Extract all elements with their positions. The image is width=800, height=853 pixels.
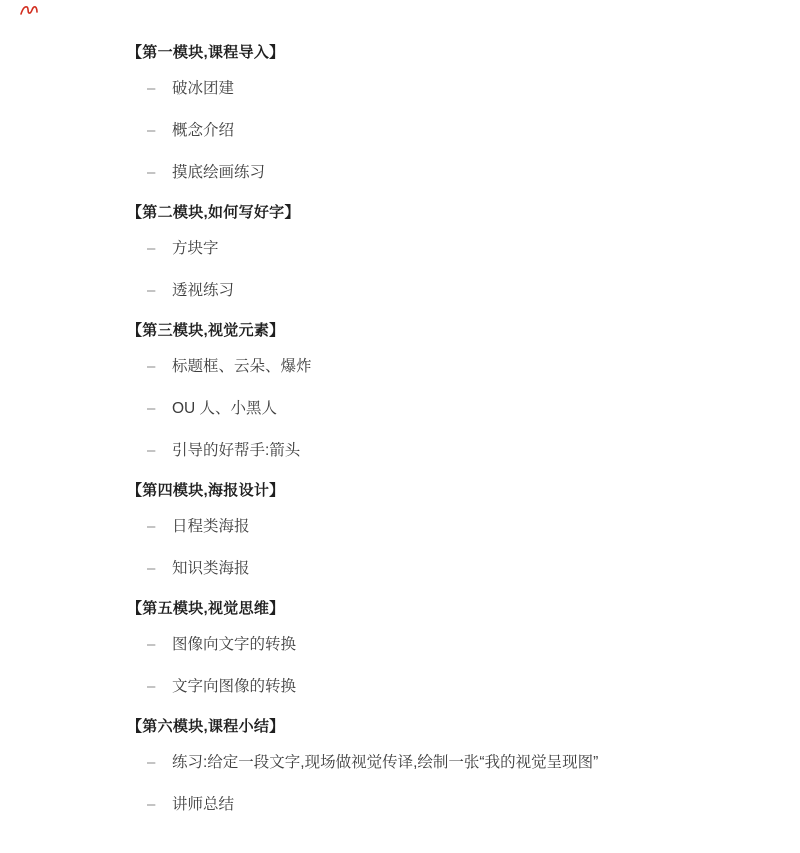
outline-item: – 文字向图像的转换 bbox=[147, 678, 800, 696]
dash-bullet: – bbox=[147, 754, 172, 772]
item-text: 破冰团建 bbox=[172, 80, 234, 98]
item-text: 文字向图像的转换 bbox=[172, 678, 296, 696]
outline-item: – 方块字 bbox=[147, 240, 800, 258]
dash-bullet: – bbox=[147, 442, 172, 460]
outline-item: – OU 人、小黑人 bbox=[147, 400, 800, 418]
outline-item: – 讲师总结 bbox=[147, 796, 800, 814]
item-text: OU 人、小黑人 bbox=[172, 400, 277, 418]
dash-bullet: – bbox=[147, 122, 172, 140]
module-section-2: 【第二模块,如何写好字】 – 方块字 – 透视练习 bbox=[0, 204, 800, 300]
dash-bullet: – bbox=[147, 518, 172, 536]
outline-item: – 破冰团建 bbox=[147, 80, 800, 98]
item-text: 标题框、云朵、爆炸 bbox=[172, 358, 312, 376]
dash-bullet: – bbox=[147, 400, 172, 418]
outline-item: – 日程类海报 bbox=[147, 518, 800, 536]
dash-bullet: – bbox=[147, 796, 172, 814]
module-heading: 【第四模块,海报设计】 bbox=[127, 482, 800, 500]
dash-bullet: – bbox=[147, 240, 172, 258]
outline-item: – 图像向文字的转换 bbox=[147, 636, 800, 654]
outline-item: – 知识类海报 bbox=[147, 560, 800, 578]
item-text: 摸底绘画练习 bbox=[172, 164, 265, 182]
item-text: 练习:给定一段文字,现场做视觉传译,绘制一张“我的视觉呈现图” bbox=[172, 754, 598, 772]
outline-item: – 标题框、云朵、爆炸 bbox=[147, 358, 800, 376]
item-text: 知识类海报 bbox=[172, 560, 250, 578]
dash-bullet: – bbox=[147, 560, 172, 578]
module-heading: 【第五模块,视觉思维】 bbox=[127, 600, 800, 618]
document-page: 【第一模块,课程导入】 – 破冰团建 – 概念介绍 – 摸底绘画练习 【第二模块… bbox=[0, 0, 800, 853]
item-text: 方块字 bbox=[172, 240, 219, 258]
module-section-1: 【第一模块,课程导入】 – 破冰团建 – 概念介绍 – 摸底绘画练习 bbox=[0, 44, 800, 182]
dash-bullet: – bbox=[147, 636, 172, 654]
item-text: 引导的好帮手:箭头 bbox=[172, 442, 300, 460]
outline-item: – 摸底绘画练习 bbox=[147, 164, 800, 182]
outline-item: – 练习:给定一段文字,现场做视觉传译,绘制一张“我的视觉呈现图” bbox=[147, 754, 800, 772]
outline-item: – 引导的好帮手:箭头 bbox=[147, 442, 800, 460]
module-heading: 【第一模块,课程导入】 bbox=[127, 44, 800, 62]
item-text: 讲师总结 bbox=[172, 796, 234, 814]
item-text: 日程类海报 bbox=[172, 518, 250, 536]
module-section-3: 【第三模块,视觉元素】 – 标题框、云朵、爆炸 – OU 人、小黑人 – 引导的… bbox=[0, 322, 800, 460]
course-outline: 【第一模块,课程导入】 – 破冰团建 – 概念介绍 – 摸底绘画练习 【第二模块… bbox=[0, 0, 800, 814]
dash-bullet: – bbox=[147, 678, 172, 696]
item-text: 概念介绍 bbox=[172, 122, 234, 140]
module-section-4: 【第四模块,海报设计】 – 日程类海报 – 知识类海报 bbox=[0, 482, 800, 578]
item-text: 图像向文字的转换 bbox=[172, 636, 296, 654]
dash-bullet: – bbox=[147, 282, 172, 300]
module-heading: 【第三模块,视觉元素】 bbox=[127, 322, 800, 340]
item-text: 透视练习 bbox=[172, 282, 234, 300]
module-section-6: 【第六模块,课程小结】 – 练习:给定一段文字,现场做视觉传译,绘制一张“我的视… bbox=[0, 718, 800, 814]
module-section-5: 【第五模块,视觉思维】 – 图像向文字的转换 – 文字向图像的转换 bbox=[0, 600, 800, 696]
dash-bullet: – bbox=[147, 358, 172, 376]
dash-bullet: – bbox=[147, 164, 172, 182]
dash-bullet: – bbox=[147, 80, 172, 98]
outline-item: – 透视练习 bbox=[147, 282, 800, 300]
module-heading: 【第六模块,课程小结】 bbox=[127, 718, 800, 736]
module-heading: 【第二模块,如何写好字】 bbox=[127, 204, 800, 222]
outline-item: – 概念介绍 bbox=[147, 122, 800, 140]
